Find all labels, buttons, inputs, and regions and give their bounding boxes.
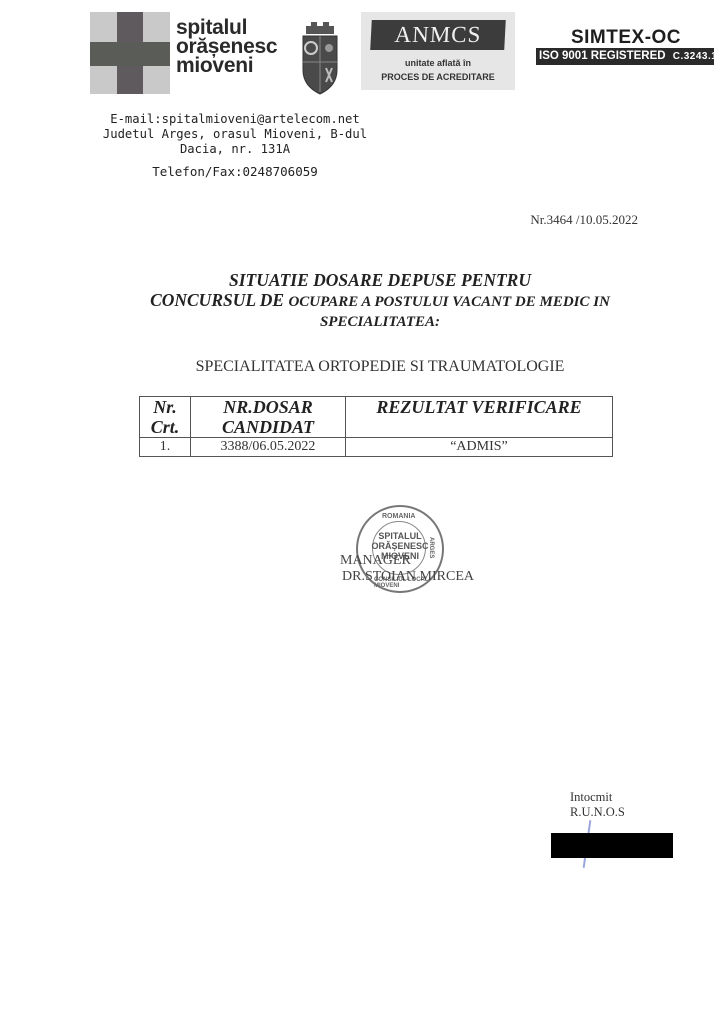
anmcs-line2: PROCES DE ACREDITARE [361, 72, 515, 82]
stamp-top-text: ROMANIA [382, 513, 415, 520]
title-line: SITUATIE DOSARE DEPUSE PENTRU [60, 270, 700, 290]
title-part: CONCURSUL DE [150, 290, 284, 310]
signatory-name: DR.STOIAN MIRCEA [342, 569, 474, 585]
iso-code: C.3243.1 [673, 51, 718, 62]
header-rezultat: REZULTAT VERIFICARE [346, 397, 613, 438]
medical-cross-icon [90, 12, 170, 94]
brand-line: mioveni [176, 56, 277, 75]
iso-registration-badge: ISO 9001 REGISTERED C.3243.1 [536, 48, 714, 65]
title-part: OCUPARE A POSTULUI VACANT DE MEDIC IN [288, 294, 609, 310]
coat-of-arms-icon [300, 22, 340, 96]
simtex-title: SIMTEX-OC [536, 28, 716, 48]
table-header-row: Nr. Crt. NR.DOSAR CANDIDAT REZULTAT VERI… [140, 397, 613, 438]
cell-dosar: 3388/06.05.2022 [191, 438, 346, 457]
cell-rezultat: “ADMIS” [346, 438, 613, 457]
specialty-heading: SPECIALITATEA ORTOPEDIE SI TRAUMATOLOGIE [60, 358, 700, 376]
anmcs-line1: unitate aflată în [361, 58, 515, 68]
hospital-brand-name: spitalul orășenesc mioveni [176, 18, 277, 75]
address-line: Judetul Arges, orasul Mioveni, B-dul [60, 127, 410, 142]
document-title: SITUATIE DOSARE DEPUSE PENTRU CONCURSUL … [60, 270, 700, 332]
phone-line: Telefon/Fax:0248706059 [60, 164, 410, 179]
prepared-by-block: Intocmit R.U.N.O.S [570, 790, 625, 820]
header-text: Crt. [140, 417, 190, 437]
prepared-by-department: R.U.N.O.S [570, 805, 625, 820]
document-reference: Nr.3464 /10.05.2022 [490, 212, 638, 228]
header-text: REZULTAT VERIFICARE [346, 397, 612, 417]
signatory-role: MANAGER [340, 553, 474, 569]
stamp-line: ORĂȘENESC [358, 541, 442, 551]
email-line: E-mail:spitalmioveni@artelecom.net [60, 112, 410, 127]
title-line: SPECIALITATEA: [60, 312, 700, 332]
redaction-bar [551, 833, 673, 858]
header-nr-crt: Nr. Crt. [140, 397, 191, 438]
prepared-by-label: Intocmit [570, 790, 625, 805]
signatory-block: MANAGER DR.STOIAN MIRCEA [340, 553, 474, 585]
cell-nr: 1. [140, 438, 191, 457]
header-text: Nr. [140, 397, 190, 417]
contact-block: E-mail:spitalmioveni@artelecom.net Judet… [60, 112, 410, 157]
iso-text: ISO 9001 REGISTERED [539, 50, 666, 62]
anmcs-logo: ANMCS unitate aflată în PROCES DE ACREDI… [361, 12, 515, 90]
title-line: CONCURSUL DE OCUPARE A POSTULUI VACANT D… [60, 290, 700, 312]
header-text: CANDIDAT [191, 417, 345, 437]
address-line: Dacia, nr. 131A [60, 142, 410, 157]
results-table: Nr. Crt. NR.DOSAR CANDIDAT REZULTAT VERI… [139, 396, 613, 457]
table-row: 1. 3388/06.05.2022 “ADMIS” [140, 438, 613, 457]
header-nr-dosar: NR.DOSAR CANDIDAT [191, 397, 346, 438]
stamp-line: SPITALUL [358, 531, 442, 541]
header-text: NR.DOSAR [191, 397, 345, 417]
anmcs-title: ANMCS [370, 20, 506, 50]
